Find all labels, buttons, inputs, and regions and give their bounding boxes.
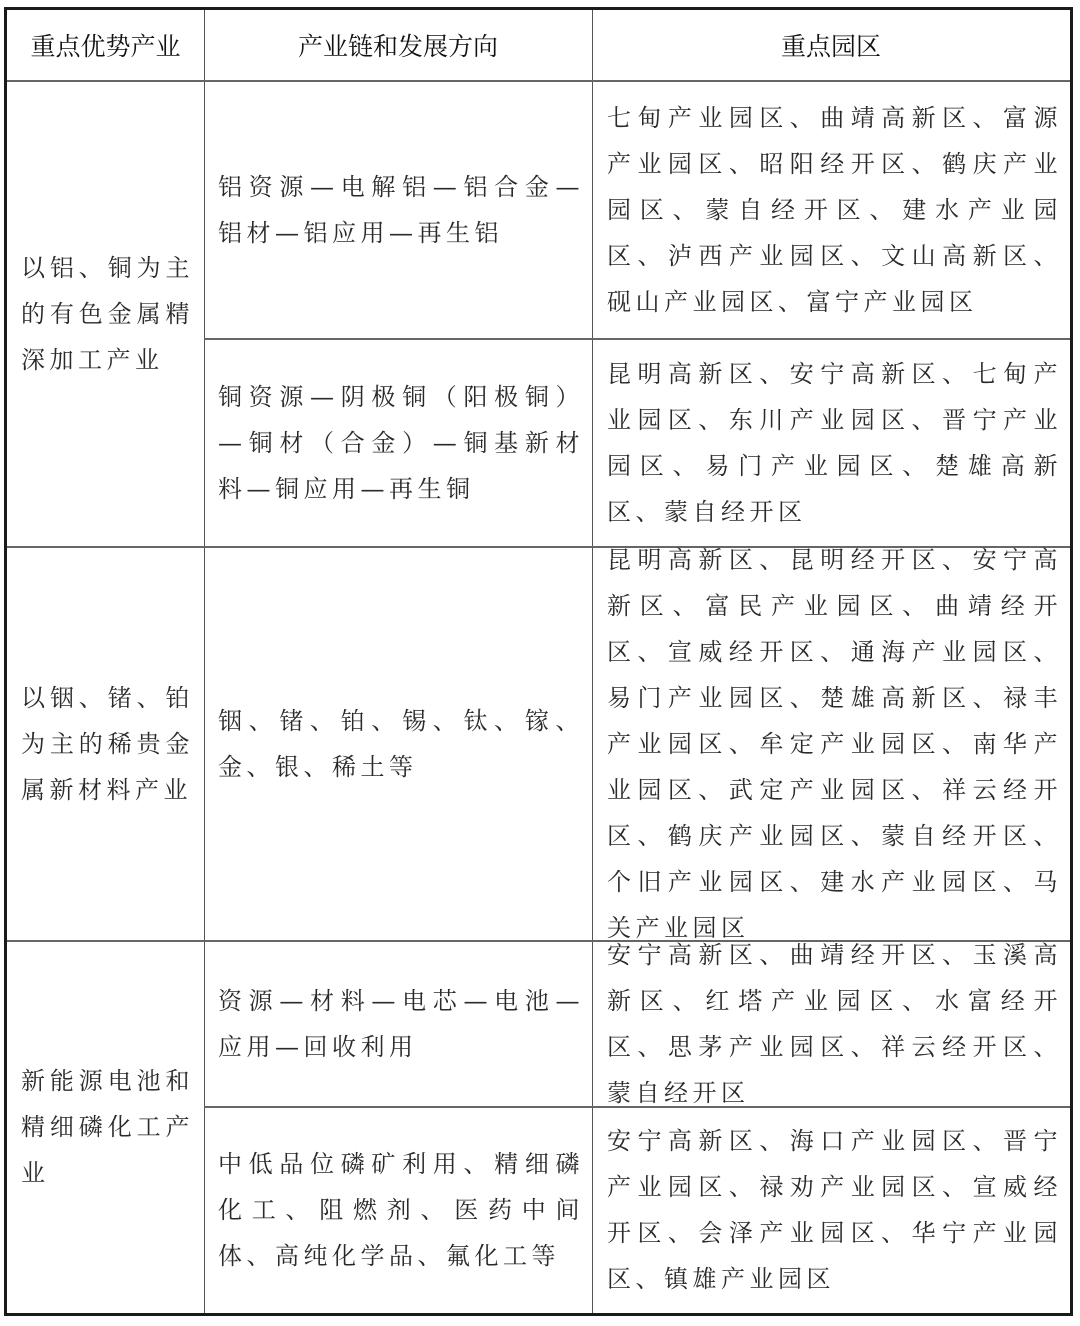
parks-label: 昆明高新区、昆明经开区、安宁高新区、富民产业园区、曲靖经开区、宣威经开区、通海产… (607, 537, 1062, 951)
chain-label: 铝资源—电解铝—铝合金—铝材—铝应用—再生铝 (218, 164, 584, 256)
header-parks: 重点园区 (592, 10, 1070, 80)
chain-cell: 铜资源—阴极铜（阳极铜）—铜材（合金）—铜基新材料—铜应用—再生铜 (204, 339, 592, 546)
parks-label: 安宁高新区、海口产业园区、晋宁产业园区、禄劝产业园区、宣威经开区、会泽产业园区、… (607, 1118, 1062, 1302)
parks-cell: 七甸产业园区、曲靖高新区、富源产业园区、昭阳经开区、鹤庆产业园区、蒙自经开区、建… (592, 81, 1070, 338)
industry-label: 新能源电池和精细磷化工产业 (21, 1058, 194, 1196)
chain-label: 铜资源—阴极铜（阳极铜）—铜材（合金）—铜基新材料—铜应用—再生铜 (218, 374, 584, 512)
chain-cell: 铝资源—电解铝—铝合金—铝材—铝应用—再生铝 (204, 81, 592, 338)
header-industry: 重点优势产业 (7, 10, 204, 80)
industry-park-table: 重点优势产业 产业链和发展方向 重点园区 以铝、铜为主的有色金属精深加工产业 铝… (4, 7, 1073, 1316)
parks-cell: 昆明高新区、昆明经开区、安宁高新区、富民产业园区、曲靖经开区、宣威经开区、通海产… (592, 547, 1070, 940)
chain-label: 中低品位磷矿利用、精细磷化工、阻燃剂、医药中间体、高纯化学品、氟化工等 (218, 1141, 584, 1279)
industry-cell: 以铟、锗、铂为主的稀贵金属新材料产业 (7, 547, 204, 940)
chain-label: 资源—材料—电芯—电池—应用—回收利用 (218, 978, 584, 1070)
parks-cell: 安宁高新区、曲靖经开区、玉溪高新区、红塔产业园区、水富经开区、思茅产业园区、祥云… (592, 941, 1070, 1106)
parks-cell: 昆明高新区、安宁高新区、七甸产业园区、东川产业园区、晋宁产业园区、易门产业园区、… (592, 339, 1070, 546)
chain-cell: 中低品位磷矿利用、精细磷化工、阻燃剂、医药中间体、高纯化学品、氟化工等 (204, 1107, 592, 1313)
parks-label: 安宁高新区、曲靖经开区、玉溪高新区、红塔产业园区、水富经开区、思茅产业园区、祥云… (607, 932, 1062, 1116)
parks-label: 昆明高新区、安宁高新区、七甸产业园区、东川产业园区、晋宁产业园区、易门产业园区、… (607, 351, 1062, 535)
industry-cell: 以铝、铜为主的有色金属精深加工产业 (7, 81, 204, 546)
industry-cell: 新能源电池和精细磷化工产业 (7, 941, 204, 1313)
header-chain: 产业链和发展方向 (204, 10, 592, 80)
chain-label: 铟、锗、铂、锡、钛、镓、金、银、稀土等 (218, 698, 584, 790)
parks-cell: 安宁高新区、海口产业园区、晋宁产业园区、禄劝产业园区、宣威经开区、会泽产业园区、… (592, 1107, 1070, 1313)
parks-label: 七甸产业园区、曲靖高新区、富源产业园区、昭阳经开区、鹤庆产业园区、蒙自经开区、建… (607, 95, 1062, 325)
chain-cell: 资源—材料—电芯—电池—应用—回收利用 (204, 941, 592, 1106)
industry-label: 以铟、锗、铂为主的稀贵金属新材料产业 (21, 675, 194, 813)
industry-label: 以铝、铜为主的有色金属精深加工产业 (21, 245, 194, 383)
chain-cell: 铟、锗、铂、锡、钛、镓、金、银、稀土等 (204, 547, 592, 940)
